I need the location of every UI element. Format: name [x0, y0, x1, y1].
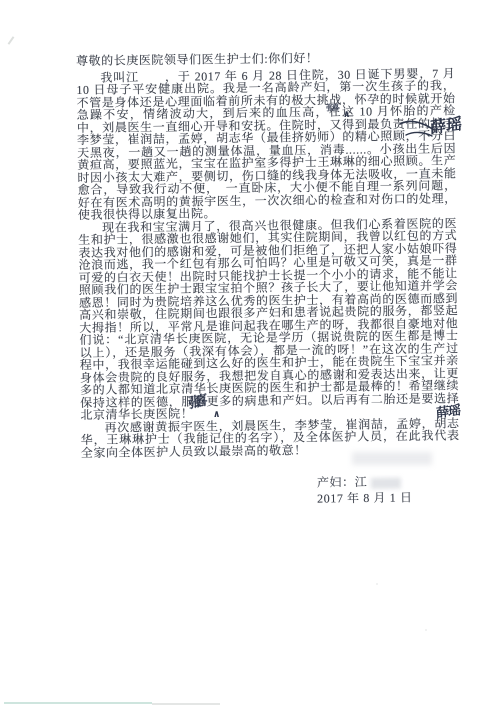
signature-name-text: 产妇：江 [317, 475, 368, 490]
signature-name-line: 产妇：江 [317, 473, 413, 490]
insert-caret-icon: ∧ [213, 410, 220, 421]
scan-scratch-artifact [8, 36, 15, 45]
scan-speck-artifact [425, 629, 427, 631]
scan-speck-artifact [376, 583, 378, 585]
insert-caret-icon: ∧ [343, 110, 350, 121]
letter-body: 尊敬的长庚医院领导们医生护士们:你们好！ 我叫江 ，于 2017 年 6 月 2… [76, 50, 460, 459]
redacted-name-smudge [371, 477, 401, 488]
letter-paragraph-1: 我叫江 ，于 2017 年 6 月 28 日住院，30 日诞下男婴，7 月 10… [76, 67, 457, 222]
scanned-letter-page: 尊敬的长庚医院领导们医生护士们:你们好！ 我叫江 ，于 2017 年 6 月 2… [0, 0, 500, 707]
scan-edge-line-artifact [4, 702, 152, 704]
scan-edge-line-artifact [152, 703, 220, 705]
faint-erased-text-smudge [352, 452, 432, 465]
signature-block: 产妇：江 2017 年 8 月 1 日 [317, 473, 413, 506]
handwritten-scribble-name: 张喜 [187, 390, 201, 413]
letter-paragraph-2: 现在我和宝宝满月了，很高兴也很健康。但我们心系着医院的医生和护士，很感激也很感谢… [78, 217, 459, 422]
letter-greeting: 尊敬的长庚医院领导们医生护士们:你们好！ [76, 50, 455, 67]
handwritten-margin-name-top: 薛瑶 [430, 111, 462, 138]
handwritten-tiny-inserted-name: 张喜 [326, 102, 339, 114]
signature-date-line: 2017 年 8 月 1 日 [317, 489, 413, 506]
handwritten-margin-name-bottom: 薛瑶 [436, 399, 461, 421]
